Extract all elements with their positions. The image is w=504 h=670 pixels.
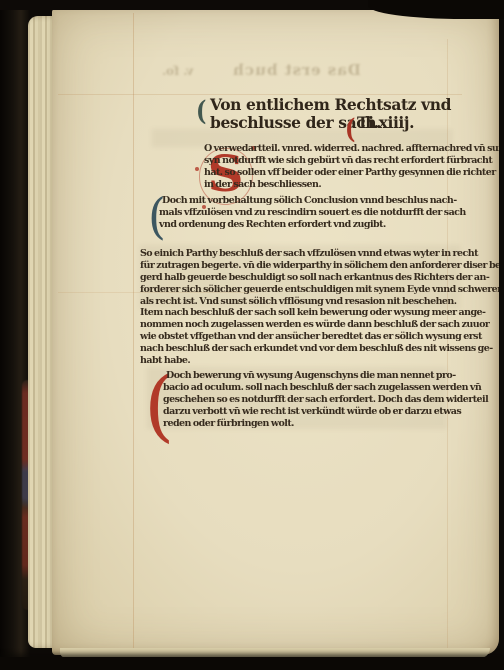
paragraph-line: nach beschluß der sach erkundet vnd vor …: [140, 343, 493, 354]
paragraph-line: vnd ordenung des Rechten erfordert vnd z…: [159, 219, 386, 230]
paragraph-line: reden oder fürbringen wolt.: [163, 418, 294, 429]
chapter-heading-line2: beschlusse der sach.: [210, 113, 381, 132]
pilcrow-red-icon: (: [345, 113, 355, 146]
paragraph-line: O verwedartteil. vnred. widerred. nachre…: [204, 143, 499, 154]
book-scan-photo: { "book": { "heading": { "pilcrow_mark":…: [0, 0, 504, 670]
chapter-number: Ti.xiiij.: [357, 113, 414, 132]
book-page: v. fo. Das erst buch ( Von entlichem Rec…: [52, 9, 499, 655]
showthrough-folio: v. fo.: [162, 64, 193, 78]
showthrough-title: Das erst buch: [232, 61, 361, 79]
paragraph-line: wie obstet vffgethan vnd der ansücher be…: [140, 331, 482, 342]
paragraph-line: Item nach beschluß der sach soll kein be…: [140, 307, 485, 318]
paragraph-line: mals vffzulösen vnd zu rescindirn souert…: [159, 207, 466, 218]
paragraph-line: gerd halb geuerde beschuldigt so soll na…: [140, 272, 489, 283]
pilcrow-icon: (: [196, 95, 206, 128]
paragraph-line: als recht ist. Vnd sunst sölich vfflösun…: [140, 296, 457, 307]
paragraph-line: geschehen so es notdurfft der sach erfor…: [163, 394, 488, 405]
paragraph-line: So einich Parthy beschluß der sach vffzu…: [140, 248, 478, 259]
paragraph-line: syn notdurfft wie sich gebürt vn̄ das re…: [204, 155, 492, 166]
chapter-heading-line1: Von entlichem Rechtsatz vnd: [210, 95, 451, 114]
paragraph-line: Doch mit vorbehaltung sölich Conclusion …: [162, 195, 457, 206]
ruling-line-left: [133, 13, 134, 653]
scan-background-bottom: [0, 657, 504, 670]
paragraph-line: forderer sich sölicher geuerde entschuld…: [140, 284, 499, 295]
paragraph-line: Doch bewerung vn̄ wysung Augenschyns die…: [166, 370, 456, 381]
flourish-dot: [195, 167, 199, 171]
paragraph-line: in der sach beschliessen.: [204, 179, 321, 190]
paragraph-line: hat. so sollen vff beider oder einer Par…: [204, 167, 496, 178]
paragraph-line: nommen noch zugelassen werden es würde d…: [140, 319, 489, 330]
paragraph-line: bacio ad oculum. soll nach beschluß der …: [163, 382, 481, 393]
paragraph-line: darzu verbott vn̄ wie recht ist verkündt…: [163, 406, 461, 417]
paragraph-line: für zutragen begerte. vn̄ die widerparth…: [140, 260, 499, 271]
